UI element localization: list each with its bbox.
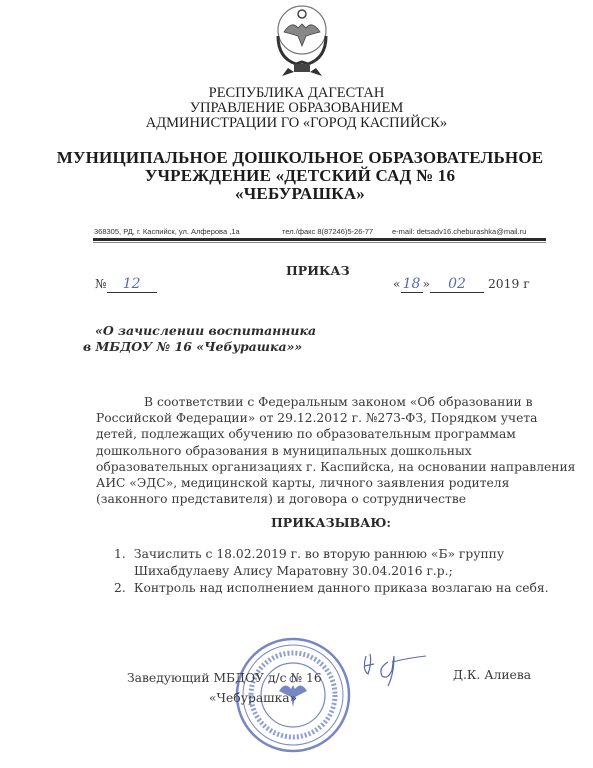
org-name-line1: МУНИЦИПАЛЬНОЕ ДОШКОЛЬНОЕ ОБРАЗОВАТЕЛЬНОЕ <box>0 149 593 167</box>
number-field: 12 <box>107 276 157 293</box>
order-subject: «О зачислении воспитанника в МБДОУ № 16 … <box>83 323 316 355</box>
coat-of-arms-emblem <box>272 2 332 78</box>
preamble-paragraph: В соответствии с Федеральным законом «Об… <box>96 394 566 507</box>
number-prefix: № <box>95 277 107 291</box>
order-date: «18»02 2019 г <box>393 276 530 293</box>
org-name-line3: «ЧЕБУРАШКА» <box>0 185 593 203</box>
list-item: 2. Контроль над исполнением данного прик… <box>114 580 549 597</box>
handwritten-number: 12 <box>123 276 141 292</box>
order-items: 1. Зачислить с 18.02.2019 г. во вторую р… <box>114 546 549 597</box>
date-month-field: 02 <box>430 276 484 293</box>
email: e-mail: detsadv16.cheburashka@mail.ru <box>392 227 526 236</box>
handwritten-day: 18 <box>403 276 421 292</box>
handwritten-signature <box>358 650 428 690</box>
list-item: 1. Зачислить с 18.02.2019 г. во вторую р… <box>114 546 549 563</box>
header-department: УПРАВЛЕНИЕ ОБРАЗОВАНИЕМ <box>0 101 593 116</box>
header-divider <box>93 238 546 241</box>
header-administration: АДМИНИСТРАЦИИ ГО «ГОРОД КАСПИЙСК» <box>0 116 593 131</box>
phone: тел./факс 8(87246)5-26-77 <box>282 227 373 236</box>
address: 368305, РД, г. Каспийск, ул. Алферова ,1… <box>94 227 240 236</box>
org-name-line2: УЧРЕЖДЕНИЕ «ДЕТСКИЙ САД № 16 <box>0 167 593 185</box>
order-number: №12 <box>95 276 157 293</box>
directive-heading: ПРИКАЗЫВАЮ: <box>271 515 391 530</box>
signatory-position: Заведующий МБДОУ д/с № 16 «Чебурашка» <box>127 668 322 708</box>
date-day-field: 18 <box>401 276 423 293</box>
date-year: 2019 г <box>488 277 530 291</box>
document-title: ПРИКАЗ <box>286 263 350 278</box>
handwritten-month: 02 <box>448 276 466 292</box>
header-republic: РЕСПУБЛИКА ДАГЕСТАН <box>0 86 593 101</box>
signatory-name: Д.К. Алиева <box>453 668 531 682</box>
header-divider-thin <box>93 242 546 243</box>
